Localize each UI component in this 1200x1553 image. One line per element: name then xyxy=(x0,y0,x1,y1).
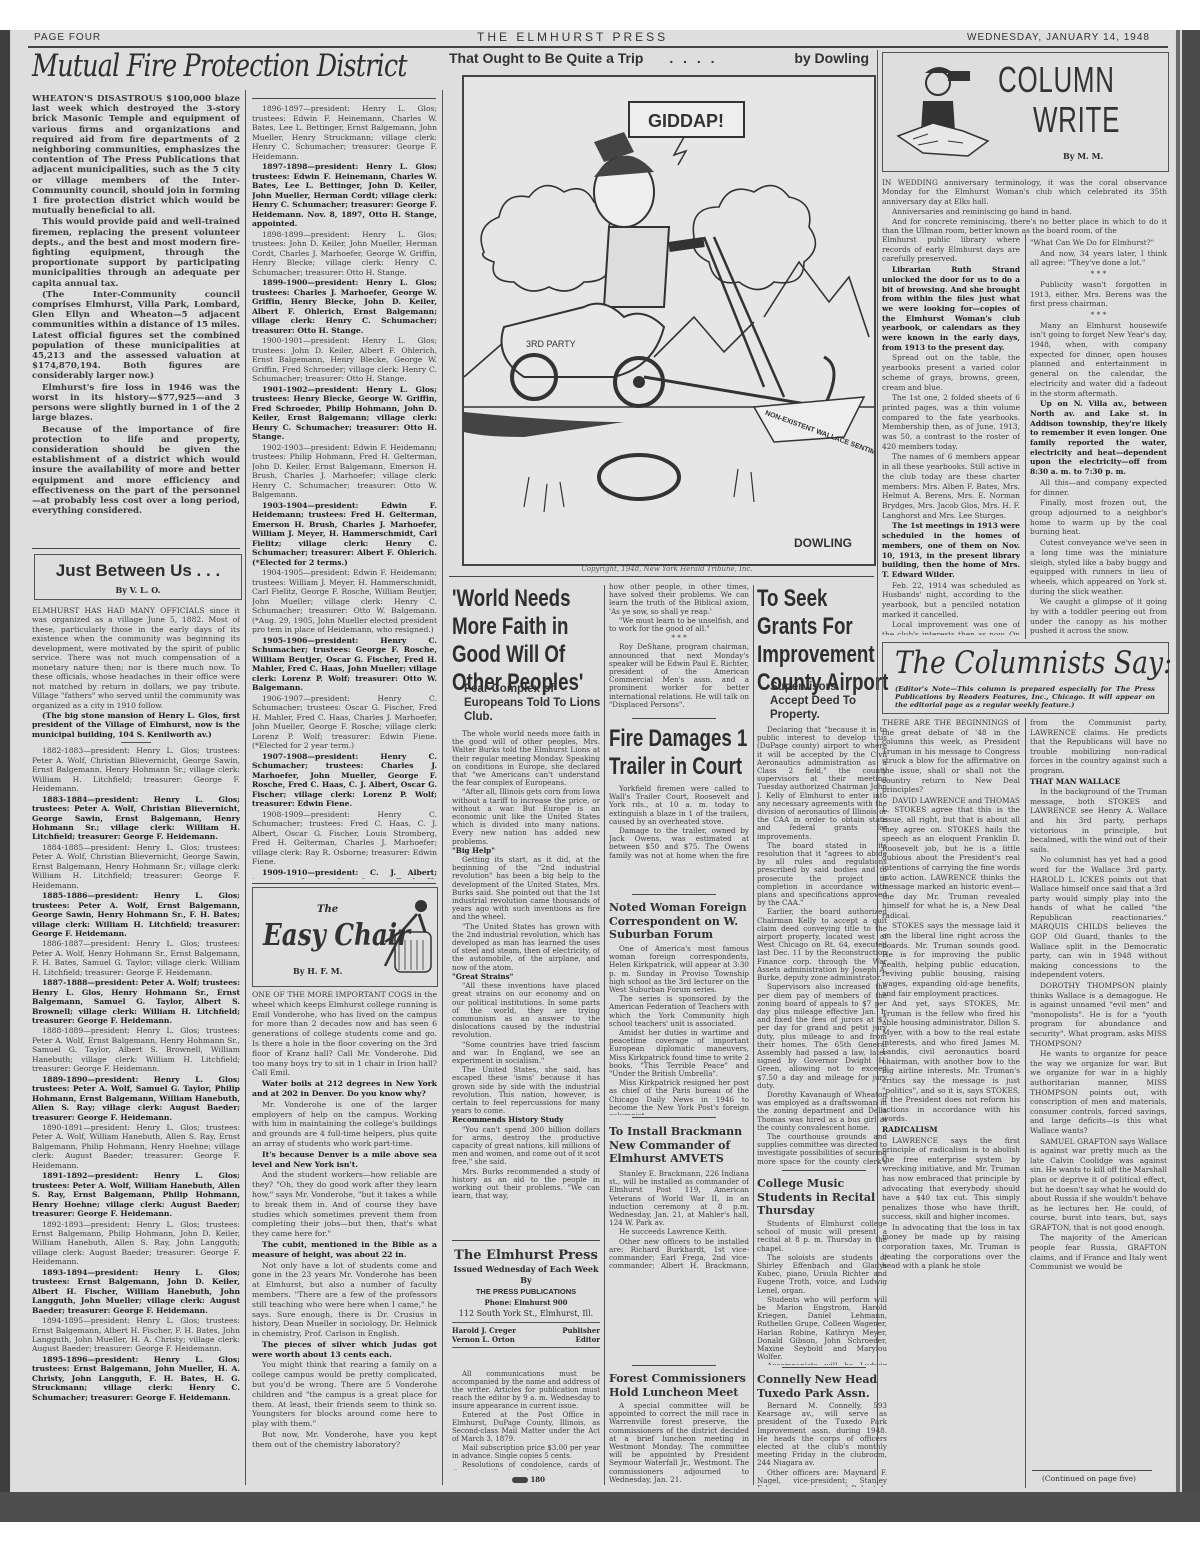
amvets-headline: To Install Brackmann New Commander of El… xyxy=(609,1125,751,1166)
column-write-paragraph: Publicity wasn't forgotten in 1913, eith… xyxy=(1030,280,1167,309)
official-entry: 1905-1906—president: Henry C. Schumacher… xyxy=(252,636,437,693)
masthead-note: All communications must be accompanied b… xyxy=(452,1370,600,1410)
official-entry: 1898-1899—president: Henry L. Glos; trus… xyxy=(252,230,437,278)
airport-paragraph: Supervisors also increased the per diem … xyxy=(757,983,887,1090)
official-entry: 1900-1901—president: Henry L. Glos; trus… xyxy=(252,336,437,384)
masthead: The Elmhurst Press Issued Wednesday of E… xyxy=(452,1248,600,1351)
official-entry: 1883-1884—president: Henry L. Glos; trus… xyxy=(32,795,240,842)
fire-district-paragraph: Elmhurst's fire loss in 1946 was the wor… xyxy=(32,383,240,424)
writer-with-binoculars-icon xyxy=(893,61,993,161)
world-faith-subheading: Recommends History Study xyxy=(452,1116,600,1124)
easy-chair-the: The xyxy=(317,904,338,915)
cartoon-speech: GIDDAP! xyxy=(648,111,724,131)
amvets-paragraph: Stanley E. Brackmann, 226 Indiana st., w… xyxy=(609,1170,749,1227)
tuxedo-paragraph: Bernard M. Connelly, 593 Kearsage av., w… xyxy=(757,1402,887,1468)
official-entry: 1894-1895—president: Henry L. Glos; trus… xyxy=(32,1316,240,1354)
column-write-paragraph: Librarian Ruth Strand unlocked the door … xyxy=(882,265,1020,352)
column-write-paragraph: Local improvement was one of the club's … xyxy=(882,620,1020,635)
masthead-name: The Elmhurst Press xyxy=(452,1248,600,1264)
columnists-paragraph: DOROTHY THOMPSON plainly thinks Wallace … xyxy=(1030,981,1167,1048)
official-entry: 1897-1898—president: Henry L. Glos; trus… xyxy=(252,162,437,229)
world-faith-headline: 'World Needs More Faith in Good Will Of … xyxy=(452,585,600,697)
column-write-paragraph: Up on N. Villa av., between North av. an… xyxy=(1030,399,1167,477)
cartoon-caption: That Ought to Be Quite a Trip . . . . by… xyxy=(449,50,869,66)
world-faith-subheading: "Big Help" xyxy=(452,847,600,855)
columnists-paragraph: In the background of the Truman message,… xyxy=(1030,787,1167,854)
just-between-us-header: Just Between Us . . . By V. L. O. xyxy=(34,554,242,600)
music-paragraph: The soloists are students of Shirley Eff… xyxy=(757,1254,887,1295)
fire-trailer-headline: Fire Damages 1 Trailer in Court xyxy=(609,725,749,781)
staff-name: Vernon L. Orton xyxy=(452,1335,515,1344)
world-faith-paragraph: "The United States has grown with the 2n… xyxy=(452,923,600,972)
masthead-issued: Issued Wednesday of Each Week xyxy=(452,1264,600,1275)
music-article: Students of Elmhurst college school of m… xyxy=(757,1220,887,1365)
forum-article: One of America's most famous woman forei… xyxy=(609,945,749,1115)
columnists-editors-note: (Editor's Note—This column is prepared e… xyxy=(895,685,1155,709)
world-faith-paragraph: "You can't spend 300 billion dollars for… xyxy=(452,1126,600,1167)
columnists-paragraph: STOKES says the message laid it on the l… xyxy=(882,921,1020,998)
forest-paragraph: A special committee will be appointed to… xyxy=(609,1402,749,1484)
easy-chair-paragraph: You might think that rearing a family on… xyxy=(252,1360,437,1429)
official-entry: 1902-1903—president: Edwin F. Heidemann;… xyxy=(252,443,437,500)
forum-paragraph: The series is sponsored by the American … xyxy=(609,995,749,1028)
masthead-note: Resolutions of condolence, cards of than… xyxy=(452,1461,600,1470)
column-write-paragraph: Many people in Elmhurst know that Mrs. E… xyxy=(1030,637,1167,638)
forest-headline: Forest Commissioners Hold Luncheon Meet xyxy=(609,1372,751,1399)
column-write-title-2: WRITE xyxy=(1033,99,1120,141)
world-faith-paragraph: "Some countries have tried fascism and w… xyxy=(452,1041,600,1066)
tuxedo-paragraph: Other officers are: Maynard F. Nagel, vi… xyxy=(757,1469,887,1487)
forest-article: A special committee will be appointed to… xyxy=(609,1402,749,1487)
column-write-paragraph: Spread out on the table, the yearbooks p… xyxy=(882,353,1020,392)
masthead-address: 112 South York St., Elmhurst, Ill. xyxy=(452,1308,600,1319)
easy-chair-paragraph: But now, Mr. Vonderohe, have you kept th… xyxy=(252,1430,437,1450)
columnists-paragraph: THERE ARE THE BEGINNINGS of the great de… xyxy=(882,718,1020,795)
just-between-us-byline: By V. L. O. xyxy=(35,585,241,595)
fire-district-headline: Mutual Fire Protection District xyxy=(32,48,407,84)
issue-date: WEDNESDAY, JANUARY 14, 1948 xyxy=(967,32,1150,43)
column-write-lead: IN WEDDING anniversary terminology, it w… xyxy=(882,178,1167,234)
column-write-paragraph: Cutest conveyance we've seen in a long t… xyxy=(1030,538,1167,596)
column-write-paragraph: * * * xyxy=(1030,269,1167,279)
official-entry: 1893-1894—president: Henry L. Glos; trus… xyxy=(32,1268,240,1315)
column-write-paragraph: And now, 34 years later, I think all agr… xyxy=(1030,249,1167,268)
newspaper-page: PAGE FOUR THE ELMHURST PRESS WEDNESDAY, … xyxy=(12,30,1175,1492)
scan-left-edge xyxy=(0,30,10,1522)
world-faith-continued-paragraph: how other people, in other times, have s… xyxy=(609,583,749,616)
official-entry: 1907-1908—president: Henry C. Schumacher… xyxy=(252,752,437,809)
official-entry: 1882-1883—president: Henry L. Glos; trus… xyxy=(32,746,240,793)
fire-trailer-paragraph: Damage to the trailer, owned by Jack Owe… xyxy=(609,827,749,860)
official-entry: 1889-1890—president: Henry L. Glos; trus… xyxy=(32,1075,240,1122)
fire-district-article: WHEATON'S DISASTROUS $100,000 blaze last… xyxy=(32,94,240,544)
columnists-paragraph: He wants to organize for peace the way w… xyxy=(1030,1049,1167,1135)
airport-paragraph: Dorothy Kavanaugh of Wheaton was employe… xyxy=(757,1091,887,1132)
official-entry: 1885-1886—president: Henry L. Glos; trus… xyxy=(32,891,240,938)
easy-chair-paragraph: Not only have a lot of students come and… xyxy=(252,1261,437,1339)
official-entry: 1890-1891—president: Henry L. Glos; trus… xyxy=(32,1123,240,1170)
official-entry: 1896-1897—president: Henry L. Glos; trus… xyxy=(252,104,437,161)
masthead-note: Mail subscription price $3.00 per year i… xyxy=(452,1444,600,1460)
column-write-header: COLUMN WRITE By M. M. xyxy=(882,52,1169,172)
column-write-title-1: COLUMN xyxy=(998,59,1115,101)
union-label: 180 xyxy=(512,1475,545,1484)
easy-chair-byline: By H. F. M. xyxy=(293,966,342,976)
easy-chair-header: The Easy Chair By H. F. M. xyxy=(252,887,438,987)
fire-district-paragraph: Because of the importance of fire protec… xyxy=(32,425,240,517)
world-faith-subhead: Fear Complex of Europeans Told To Lions … xyxy=(464,682,604,724)
cartoon-drawing-icon: GIDDAP! 3RD PARTY NON-EXISTENT xyxy=(464,77,874,564)
music-paragraph: Accompanists will be Ludwig Lenel and Eu… xyxy=(757,1362,887,1365)
amvets-article: Stanley E. Brackmann, 226 Indiana st., w… xyxy=(609,1170,749,1270)
masthead-by: By xyxy=(452,1275,600,1286)
columnists-title: The Columnists Say: xyxy=(895,645,1172,681)
tuxedo-headline: Connelly New Head Tuxedo Park Assn. xyxy=(757,1373,887,1400)
music-paragraph: Students who will perform will be Marion… xyxy=(757,1296,887,1362)
column-write-paragraph: Finally, most frozen out, the group adjo… xyxy=(1030,498,1167,537)
column-write-paragraph: * * * xyxy=(1030,310,1167,320)
easy-chair-article: ONE OF THE MORE IMPORTANT COGS in the wh… xyxy=(252,990,437,1485)
world-faith-paragraph: Getting its start, as it did, at the beg… xyxy=(452,856,600,922)
page-number: PAGE FOUR xyxy=(34,32,101,43)
easy-chair-paragraph: The pieces of silver which Judas got wer… xyxy=(252,1340,437,1360)
easy-chair-paragraph: Mr. Vonderohe is one of the larger emplo… xyxy=(252,1100,437,1149)
cartoon-title: That Ought to Be Quite a Trip xyxy=(449,50,643,66)
union-label-icon xyxy=(512,1477,528,1483)
easy-chair-paragraph: Water boils at 212 degrees in New York a… xyxy=(252,1079,437,1099)
world-faith-subheading: "Great Strains" xyxy=(452,973,600,981)
newspaper-scan: PAGE FOUR THE ELMHURST PRESS WEDNESDAY, … xyxy=(0,30,1200,1522)
world-faith-paragraph: The United States, she said, has escaped… xyxy=(452,1066,600,1115)
masthead-publisher: THE PRESS PUBLICATIONS xyxy=(452,1286,600,1297)
columnists-subheading: THAT MAN WALLACE xyxy=(1030,777,1167,787)
fire-district-paragraph: This would provide paid and well-trained… xyxy=(32,217,240,288)
column-write-paragraph: Elmhurst public library where records of… xyxy=(882,235,1020,264)
official-entry: 1903-1904—president: Edwin F. Heidemann;… xyxy=(252,501,437,568)
cartoon-dots: . . . . xyxy=(669,50,717,66)
cartoon-copyright: Copyright, 1948, New York Herald Tribune… xyxy=(462,565,872,573)
world-faith-continued-paragraph: "We must learn to be unselfish, and to w… xyxy=(609,617,749,633)
officials-list: 1882-1883—president: Henry L. Glos; trus… xyxy=(32,746,240,1402)
cartoon-label-sleigh: 3RD PARTY xyxy=(526,339,576,349)
column-write-right: "What Can We Do for Elmhurst?"And now, 3… xyxy=(1030,238,1167,638)
columnists-right: from the Communist party, LAWRENCE claim… xyxy=(1030,718,1167,1468)
column-write-paragraph: We caught a glimpse of it going by with … xyxy=(1030,597,1167,636)
column-write-byline: By M. M. xyxy=(1063,151,1103,161)
airport-subhead: Supervisors Accept Deed To Property. xyxy=(770,680,870,722)
staff-role: Publisher xyxy=(562,1326,600,1335)
world-faith-continued-paragraph: Roy DeShane, program chairman, announced… xyxy=(609,643,749,709)
columnists-left: THERE ARE THE BEGINNINGS of the great de… xyxy=(882,718,1020,1488)
official-entry: 1899-1900—president: Henry L. Glos; trus… xyxy=(252,278,437,335)
forum-headline: Noted Woman Foreign Correspondent on W. … xyxy=(609,901,751,942)
masthead-staff: Harold J. CregerPublisherVernon L. Orton… xyxy=(452,1326,600,1344)
easy-chair-illustration-icon xyxy=(381,896,435,980)
forum-paragraph: One of America's most famous woman forei… xyxy=(609,945,749,994)
forum-paragraph: Amidst her duties in wartime and peaceti… xyxy=(609,1029,749,1078)
official-entry: 1895-1896—president: Henry L. Glos; trus… xyxy=(32,1355,240,1402)
columnists-paragraph: No columnist has yet had a good word for… xyxy=(1030,855,1167,980)
tuxedo-article: Bernard M. Connelly, 593 Kearsage av., w… xyxy=(757,1402,887,1487)
masthead-notes: All communications must be accompanied b… xyxy=(452,1370,600,1470)
forum-paragraph: Miss Kirkpatrick resigned her post as ch… xyxy=(609,1079,749,1115)
column-write-lead-paragraph: IN WEDDING anniversary terminology, it w… xyxy=(882,178,1167,206)
official-entry: 1884-1885—president: Henry L. Glos; trus… xyxy=(32,843,240,890)
columnists-paragraph: And yet, says STOKES, Mr. Truman is the … xyxy=(882,999,1020,1124)
column-write-paragraph: "What Can We Do for Elmhurst?" xyxy=(1030,238,1167,248)
official-entry: 1892-1893—president: Henry L. Glos; trus… xyxy=(32,1220,240,1267)
amvets-paragraph: He succeeds Lawrence Keith. xyxy=(609,1228,749,1236)
world-faith-continued: how other people, in other times, have s… xyxy=(609,583,749,713)
jbu-intro: ELMHURST HAS HAD MANY OFFICIALS since it… xyxy=(32,606,240,710)
world-faith-paragraph: "After all, Illinois gets corn from Iowa… xyxy=(452,788,600,845)
column-write-paragraph: All this—and company expected for dinner… xyxy=(1030,478,1167,497)
world-faith-paragraph: "All these inventions have placed great … xyxy=(452,982,600,1039)
officials-list-continued: 1896-1897—president: Henry L. Glos; trus… xyxy=(252,104,437,879)
music-paragraph: Students of Elmhurst college school of m… xyxy=(757,1220,887,1253)
official-entry: 1886-1887—president: Henry L. Glos; trus… xyxy=(32,939,240,977)
column-write-left: Elmhurst public library where records of… xyxy=(882,235,1020,635)
column-write-paragraph: The 1st meetings in 1913 were scheduled … xyxy=(882,521,1020,579)
fire-trailer-paragraph: Yorkfield firemen were called to Wall's … xyxy=(609,785,749,826)
columnists-paragraph: The majority of the American people fear… xyxy=(1030,1233,1167,1271)
official-entry: 1891-1892—president: Henry L. Glos; trus… xyxy=(32,1171,240,1218)
easy-chair-paragraph: It's because Denver is a mile above sea … xyxy=(252,1150,437,1170)
jbu-note: (The big stone mansion of Henry L. Glos,… xyxy=(32,711,240,739)
staff-role: Editor xyxy=(576,1335,600,1344)
airport-paragraph: The board stated in its resolution that … xyxy=(757,842,887,908)
official-entry: 1904-1905—president: Edwin F. Heidemann;… xyxy=(252,568,437,635)
column-write-paragraph: The names of 6 members appear in all the… xyxy=(882,452,1020,520)
scan-right-edge xyxy=(1182,30,1200,1522)
masthead-note: Entered at the Post Office in Elmhurst, … xyxy=(452,1411,600,1443)
fire-district-paragraph: WHEATON'S DISASTROUS $100,000 blaze last… xyxy=(32,94,240,216)
columnists-paragraph: SAMUEL GRAFTON says Wallace is against w… xyxy=(1030,1137,1167,1233)
columnists-paragraph: from the Communist party, LAWRENCE claim… xyxy=(1030,718,1167,776)
political-cartoon: GIDDAP! 3RD PARTY NON-EXISTENT xyxy=(462,75,876,566)
airport-paragraph: The courthouse grounds and supplies comm… xyxy=(757,1133,887,1166)
easy-chair-paragraph: ONE OF THE MORE IMPORTANT COGS in the wh… xyxy=(252,990,437,1078)
world-faith-paragraph: Mrs. Burks recommended a study of histor… xyxy=(452,1168,600,1201)
easy-chair-paragraph: The cubit, mentioned in the Bible as a m… xyxy=(252,1240,437,1260)
scan-bottom-edge xyxy=(0,1492,1200,1522)
staff-row: Vernon L. OrtonEditor xyxy=(452,1335,600,1344)
columnists-paragraph: In advocating that the loss in tax money… xyxy=(882,1223,1020,1271)
staff-row: Harold J. CregerPublisher xyxy=(452,1326,600,1335)
official-entry: 1908-1909—president: Henry C. Schumacher… xyxy=(252,810,437,867)
world-faith-paragraph: The whole world needs more faith in the … xyxy=(452,730,600,787)
cartoon-signature: DOWLING xyxy=(794,536,852,550)
official-entry: 1901-1902—president: Henry L. Glos; trus… xyxy=(252,385,437,442)
airport-paragraph: Earlier, the board authorized Chairman K… xyxy=(757,908,887,982)
columnists-header: The Columnists Say: (Editor's Note—This … xyxy=(882,642,1169,714)
cartoon-byline: by Dowling xyxy=(794,50,869,66)
just-between-us-title: Just Between Us . . . xyxy=(35,561,241,581)
official-entry: 1909-1910—president: C. J. Albert; trust… xyxy=(252,868,437,880)
scan-right-fold xyxy=(1176,30,1180,1522)
masthead-phone: Phone: Elmhurst 900 xyxy=(452,1297,600,1308)
just-between-us-article: ELMHURST HAS HAD MANY OFFICIALS since it… xyxy=(32,606,240,1486)
easy-chair-paragraph: And the student workers—how reliable are… xyxy=(252,1170,437,1239)
column-write-paragraph: Many an Elmhurst housewife isn't going t… xyxy=(1030,321,1167,399)
world-faith-continued-paragraph: * * * xyxy=(609,634,749,642)
continued-on-page-five: (Continued on page five) xyxy=(1042,1474,1136,1483)
official-entry: 1888-1889—president: Henry L. Glos; trus… xyxy=(32,1026,240,1073)
airport-article: Declaring that "because it is to public … xyxy=(757,726,887,1166)
columnists-paragraph: LAWRENCE says the first principle of rad… xyxy=(882,1136,1020,1222)
column-write-paragraph: The 1st one, 2 folded sheets of 6 printe… xyxy=(882,393,1020,451)
columnists-paragraph: DAVID LAWRENCE and THOMAS L. STOKES agre… xyxy=(882,796,1020,921)
columnists-subheading: RADICALISM xyxy=(882,1125,1020,1135)
amvets-paragraph: Other new officers to be installed are: … xyxy=(609,1238,749,1270)
official-entry: 1906-1907—president: Henry C. Schumacher… xyxy=(252,694,437,751)
airport-paragraph: Declaring that "because it is to public … xyxy=(757,726,887,841)
fire-trailer-article: Yorkfield firemen were called to Wall's … xyxy=(609,785,749,860)
officials-continued: 1896-1897—president: Henry L. Glos; trus… xyxy=(252,104,437,879)
official-entry: 1887-1888—president: Peter A. Wolf; trus… xyxy=(32,978,240,1025)
music-headline: College Music Students in Recital Thursd… xyxy=(757,1177,887,1218)
fire-district-paragraph: (The Inter-Community council comprises E… xyxy=(32,290,240,382)
column-write-lead-paragraph: And for concrete reminiscing, there's no… xyxy=(882,217,1167,234)
column-write-lead-paragraph: Anniversaries and reminiscing go hand in… xyxy=(882,207,1167,216)
world-faith-article: The whole world needs more faith in the … xyxy=(452,730,600,1230)
column-write-paragraph: Feb. 22, 1914 was scheduled as Husbands'… xyxy=(882,581,1020,620)
paper-name: THE ELMHURST PRESS xyxy=(477,30,668,44)
staff-name: Harold J. Creger xyxy=(452,1326,516,1335)
